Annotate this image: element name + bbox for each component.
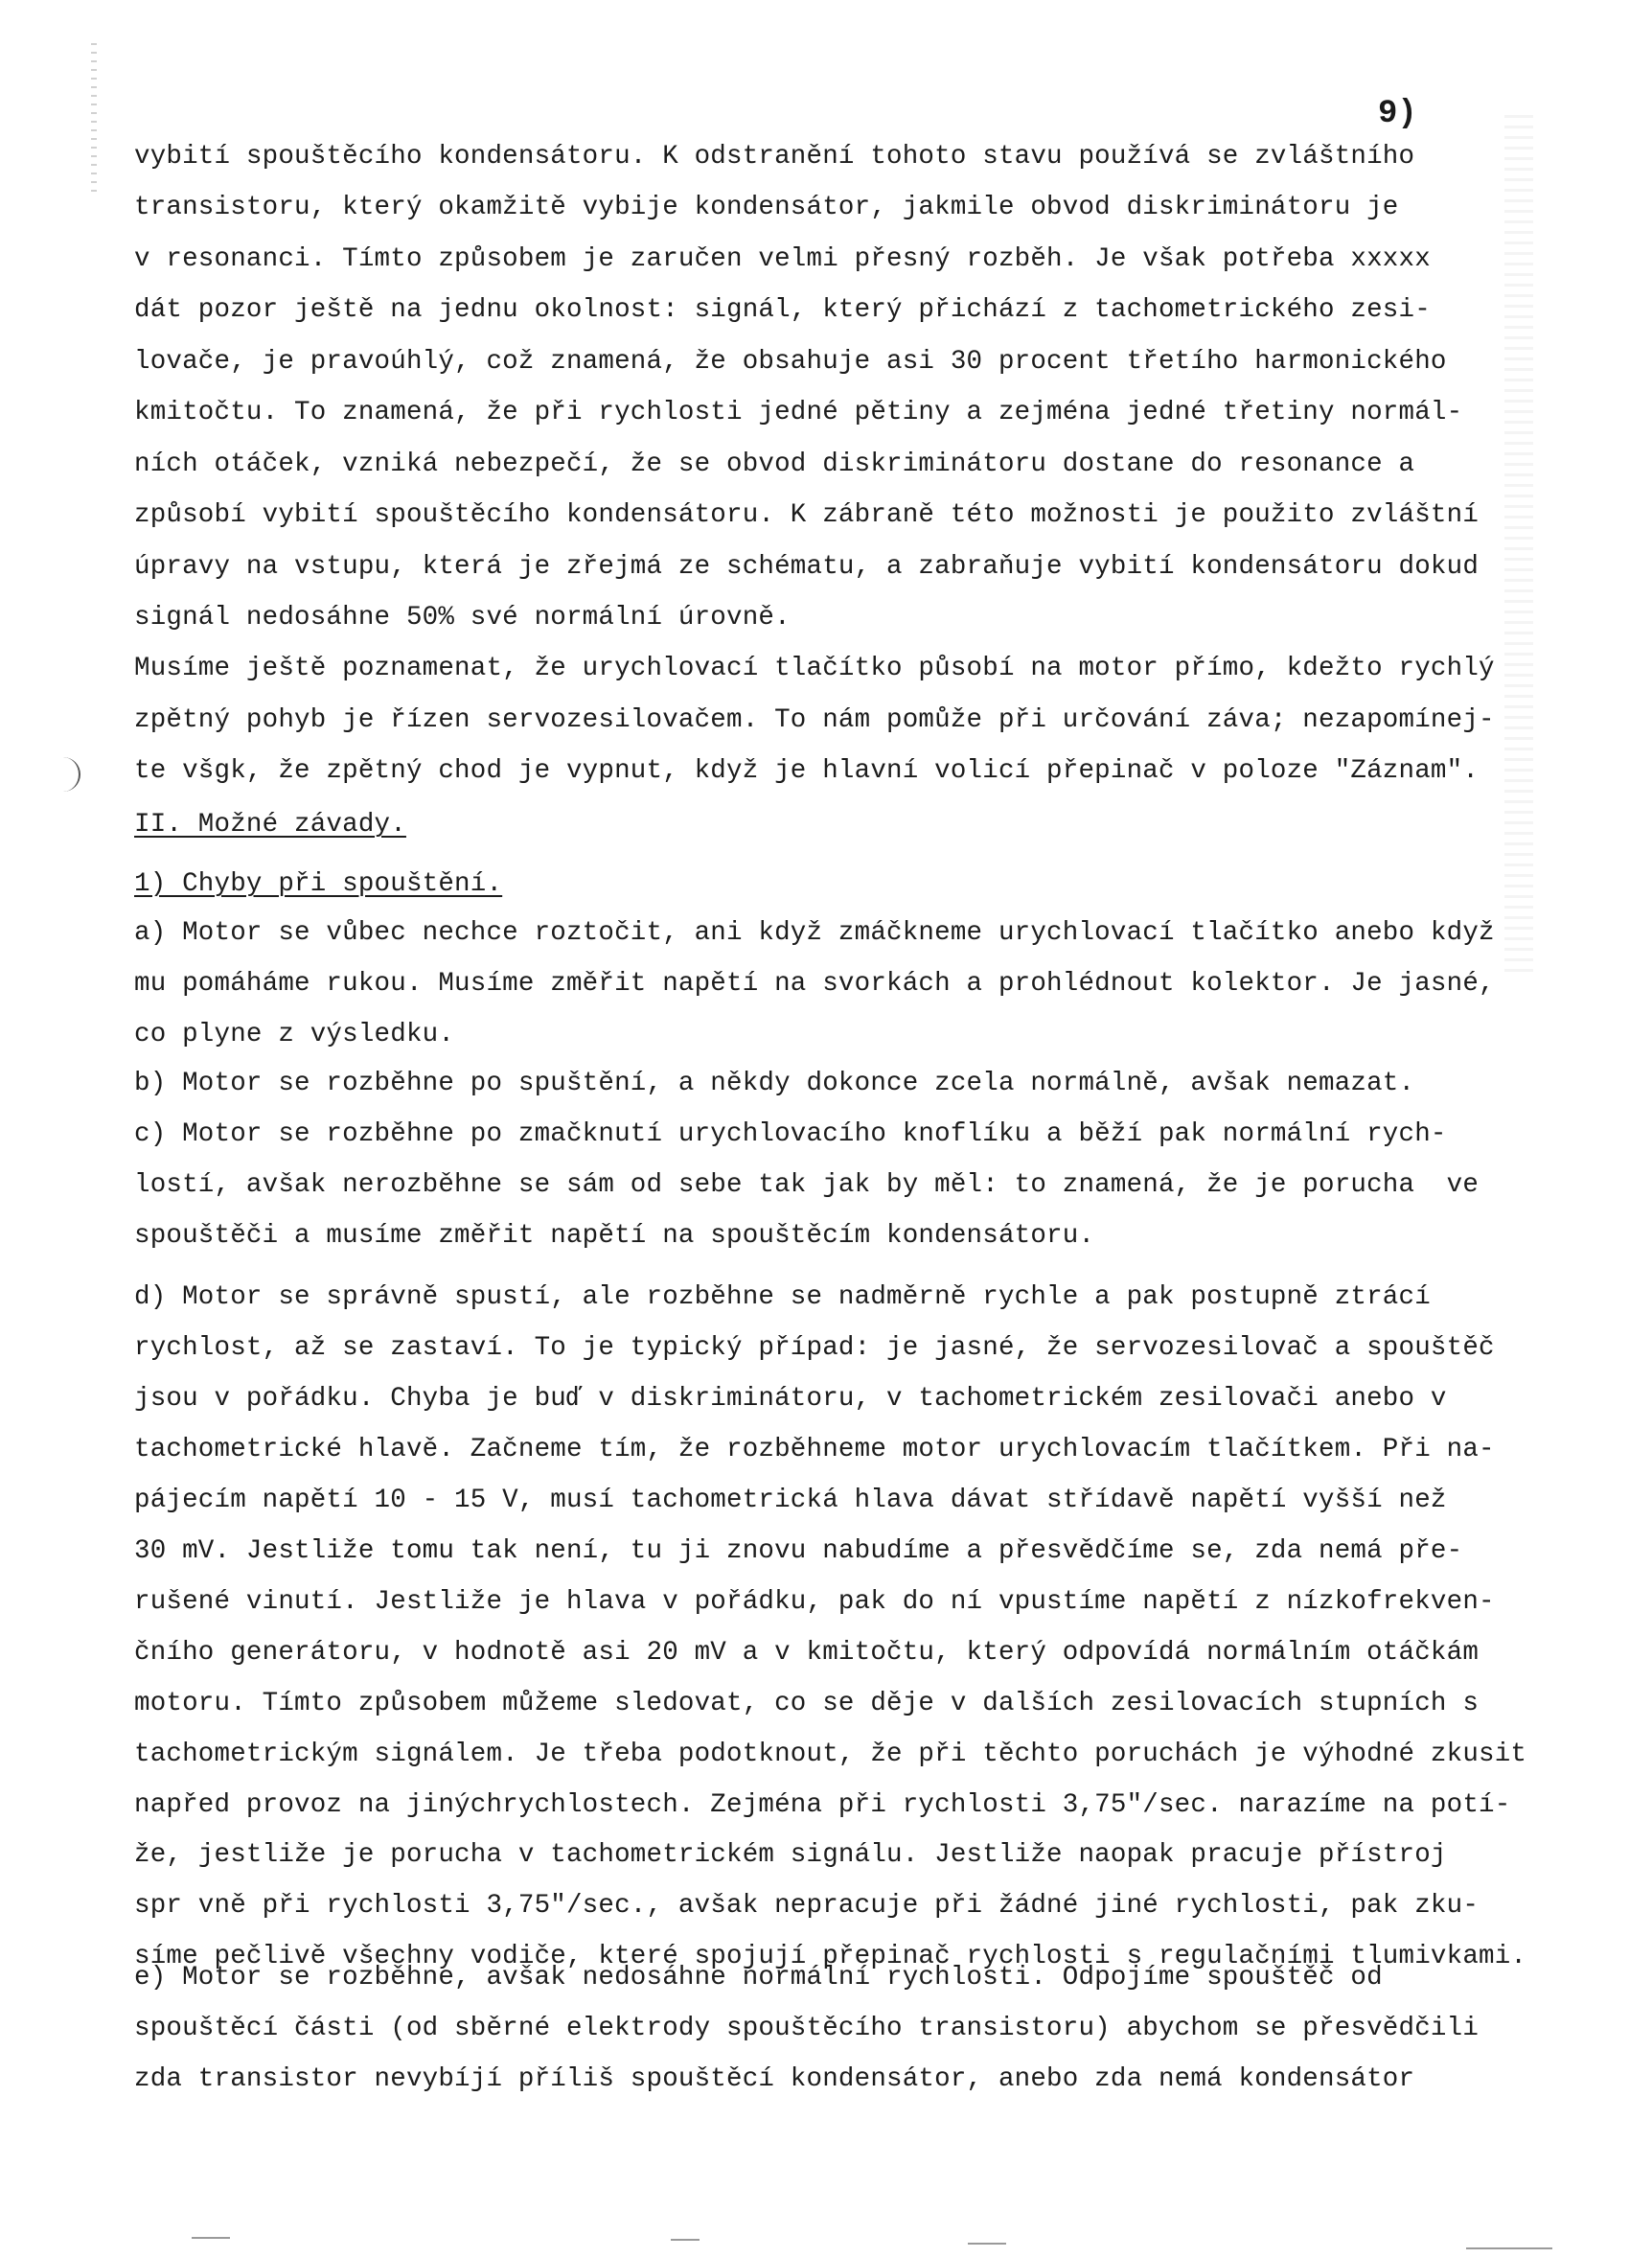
text-line: úpravy na vstupu, která je zřejmá ze sch… <box>134 550 1479 585</box>
text-line: lovače, je pravoúhlý, což znamená, že ob… <box>134 345 1447 380</box>
text-line: pájecím napětí 10 - 15 V, musí tachometr… <box>134 1484 1447 1518</box>
subsection-heading: 1) Chyby při spouštění. <box>134 867 502 902</box>
text-line: transistoru, který okamžitě vybije konde… <box>134 191 1399 225</box>
text-line: lostí, avšak nerozběhne se sám od sebe t… <box>134 1168 1479 1203</box>
text-line: spr vně při rychlosti 3,75"/sec., avšak … <box>134 1889 1479 1924</box>
text-line: a) Motor se vůbec nechce roztočit, ani k… <box>134 916 1495 951</box>
document-page: 9) vybití spouštěcího kondensátoru. K od… <box>0 0 1652 2258</box>
scan-artifact-dash <box>671 2239 700 2241</box>
text-line: signál nedosáhne 50% své normální úrovně… <box>134 601 791 635</box>
text-line: spouštěcí části (od sběrné elektrody spo… <box>134 2012 1479 2046</box>
text-line: tachometrickým signálem. Je třeba podotk… <box>134 1738 1526 1772</box>
text-line: zda transistor nevybíjí příliš spouštěcí… <box>134 2062 1414 2097</box>
text-line: motoru. Tímto způsobem můžeme sledovat, … <box>134 1687 1479 1721</box>
text-line: co plyne z výsledku. <box>134 1018 454 1052</box>
text-line: b) Motor se rozběhne po spuštění, a někd… <box>134 1067 1414 1101</box>
scan-artifact-dash <box>192 2237 230 2239</box>
scan-edge-noise-right <box>1504 115 1533 978</box>
text-line: tachometrické hlavě. Začneme tím, že roz… <box>134 1433 1495 1467</box>
text-line: rychlost, až se zastaví. To je typický p… <box>134 1331 1495 1366</box>
text-line: mu pomáháme rukou. Musíme změřit napětí … <box>134 967 1495 1002</box>
text-line: spouštěči a musíme změřit napětí na spou… <box>134 1219 1094 1254</box>
text-line: e) Motor se rozběhne, avšak nedosáhne no… <box>134 1961 1383 1995</box>
scan-edge-noise-left <box>91 43 97 196</box>
text-line: vybití spouštěcího kondensátoru. K odstr… <box>134 140 1414 174</box>
text-line: ních otáček, vzniká nebezpečí, že se obv… <box>134 448 1414 482</box>
text-line: c) Motor se rozběhne po zmačknutí urychl… <box>134 1117 1447 1152</box>
text-line: te všgk, že zpětný chod je vypnut, když … <box>134 754 1479 789</box>
text-line: kmitočtu. To znamená, že při rychlosti j… <box>134 396 1462 430</box>
scan-artifact-dash <box>968 2243 1006 2245</box>
margin-bracket-mark <box>59 757 80 792</box>
text-line: napřed provoz na jinýchrychlostech. Zejm… <box>134 1788 1510 1823</box>
scan-artifact-dash <box>1466 2247 1552 2249</box>
text-line: způsobí vybití spouštěcího kondensátoru.… <box>134 498 1479 533</box>
text-line: dát pozor ještě na jednu okolnost: signá… <box>134 293 1431 328</box>
text-line: 30 mV. Jestliže tomu tak není, tu ji zno… <box>134 1534 1462 1569</box>
text-line: d) Motor se správně spustí, ale rozběhne… <box>134 1280 1431 1315</box>
section-heading: II. Možné závady. <box>134 808 406 842</box>
text-line: v resonanci. Tímto způsobem je zaručen v… <box>134 242 1431 277</box>
text-line: rušené vinutí. Jestliže je hlava v pořád… <box>134 1585 1495 1620</box>
text-line: že, jestliže je porucha v tachometrickém… <box>134 1838 1447 1873</box>
text-line: čního generátoru, v hodnotě asi 20 mV a … <box>134 1636 1479 1670</box>
page-number: 9) <box>1378 96 1417 132</box>
text-line: Musíme ještě poznamenat, že urychlovací … <box>134 652 1495 686</box>
text-line: jsou v pořádku. Chyba je buď v diskrimin… <box>134 1382 1447 1417</box>
text-line: zpětný pohyb je řízen servozesilovačem. … <box>134 703 1495 738</box>
